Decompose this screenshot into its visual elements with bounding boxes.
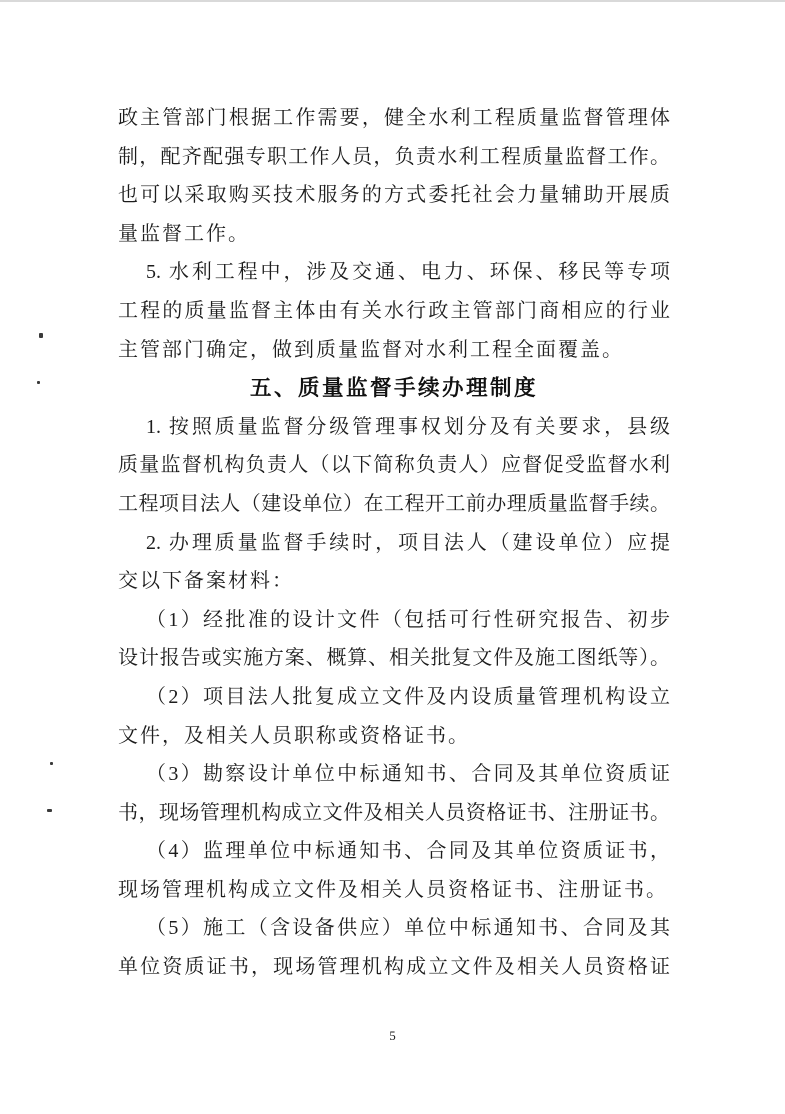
document-page: 政主管部门根据工作需要，健全水利工程质量监督管理体 制，配齐配强专职工作人员，负… bbox=[0, 0, 785, 1114]
text-line: 2. 办理质量监督手续时，项目法人（建设单位）应提 bbox=[118, 524, 670, 563]
section-heading: 五、质量监督手续办理制度 bbox=[118, 369, 670, 408]
text-line: 现场管理机构成立文件及相关人员资格证书、注册证书。 bbox=[118, 871, 670, 910]
text-line: （5）施工（含设备供应）单位中标通知书、合同及其 bbox=[118, 909, 670, 948]
text-line: 工程的质量监督主体由有关水行政主管部门商相应的行业 bbox=[118, 292, 670, 331]
text-line: （2）项目法人批复成立文件及内设质量管理机构设立 bbox=[118, 678, 670, 717]
text-line: 制，配齐配强专职工作人员，负责水利工程质量监督工作。 bbox=[118, 138, 670, 177]
scan-speckle bbox=[39, 333, 43, 338]
text-line: 政主管部门根据工作需要，健全水利工程质量监督管理体 bbox=[118, 99, 670, 138]
text-line: 主管部门确定，做到质量监督对水利工程全面覆盖。 bbox=[118, 331, 670, 370]
text-line: 单位资质证书，现场管理机构成立文件及相关人员资格证 bbox=[118, 948, 670, 987]
text-line: 文件，及相关人员职称或资格证书。 bbox=[118, 717, 670, 756]
scan-speckle bbox=[47, 809, 52, 812]
text-line: 也可以采取购买技术服务的方式委托社会力量辅助开展质 bbox=[118, 176, 670, 215]
text-line: 设计报告或实施方案、概算、相关批复文件及施工图纸等）。 bbox=[118, 639, 670, 678]
page-number: 5 bbox=[0, 1028, 785, 1044]
document-body: 政主管部门根据工作需要，健全水利工程质量监督管理体 制，配齐配强专职工作人员，负… bbox=[118, 99, 670, 987]
text-line: 书，现场管理机构成立文件及相关人员资格证书、注册证书。 bbox=[118, 794, 670, 833]
scan-speckle bbox=[37, 381, 40, 384]
scan-speckle bbox=[50, 762, 53, 765]
text-line: （1）经批准的设计文件（包括可行性研究报告、初步 bbox=[118, 601, 670, 640]
text-line: （4）监理单位中标通知书、合同及其单位资质证书， bbox=[118, 832, 670, 871]
text-line: 交以下备案材料： bbox=[118, 562, 670, 601]
text-line: 1. 按照质量监督分级管理事权划分及有关要求，县级 bbox=[118, 408, 670, 447]
text-line: 质量监督机构负责人（以下简称负责人）应督促受监督水利 bbox=[118, 446, 670, 485]
text-line: 5. 水利工程中，涉及交通、电力、环保、移民等专项 bbox=[118, 253, 670, 292]
text-line: 工程项目法人（建设单位）在工程开工前办理质量监督手续。 bbox=[118, 485, 670, 524]
text-line: 量监督工作。 bbox=[118, 215, 670, 254]
text-line: （3）勘察设计单位中标通知书、合同及其单位资质证 bbox=[118, 755, 670, 794]
scan-edge-artifact bbox=[0, 0, 785, 2]
